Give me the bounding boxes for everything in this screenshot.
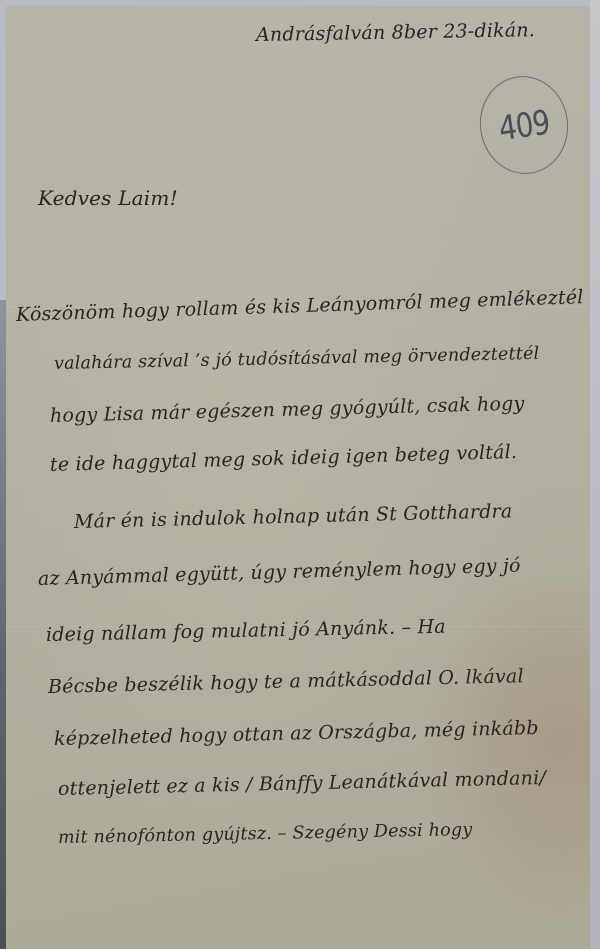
- archive-number: 409: [496, 102, 551, 148]
- letter-line: te ide haggytal meg sok ideig igen beteg…: [50, 441, 518, 476]
- letter-line: Bécsbe beszélik hogy te a mátkásoddal O.…: [48, 665, 524, 698]
- letter-line: ottenjelett ez a kis / Bánffy Leanátkáva…: [58, 767, 546, 800]
- letter-line: valahára szíval ’s jó tudósításával meg …: [54, 344, 540, 374]
- background-edge-right: [590, 0, 600, 949]
- letter-line: képzelheted hogy ottan az Országba, még …: [54, 717, 539, 750]
- letter-line: Már én is indulok holnap után St Gotthar…: [74, 500, 513, 533]
- date-line: Andrásfalván 8ber 23-dikán.: [256, 19, 535, 46]
- archive-number-stamp: 409: [474, 70, 575, 179]
- letter-line: mit nénofónton gyújtsz. – Szegény Dessi …: [58, 820, 473, 848]
- letter-line: hogy Ŀisa már egészen meg gyógyúlt, csak…: [50, 393, 525, 427]
- document-photo: Andrásfalván 8ber 23-dikán. 409 Kedves L…: [0, 0, 600, 949]
- letter-line: Köszönöm hogy rollam és kis Leányomról m…: [16, 286, 584, 326]
- salutation: Kedves Laim!: [38, 186, 178, 210]
- letter-paper: Andrásfalván 8ber 23-dikán. 409 Kedves L…: [6, 6, 590, 949]
- letter-line: ideig nállam fog mulatni jó Anyánk. – Ha: [46, 616, 446, 646]
- letter-line: az Anyámmal együtt, úgy reménylem hogy e…: [38, 555, 521, 590]
